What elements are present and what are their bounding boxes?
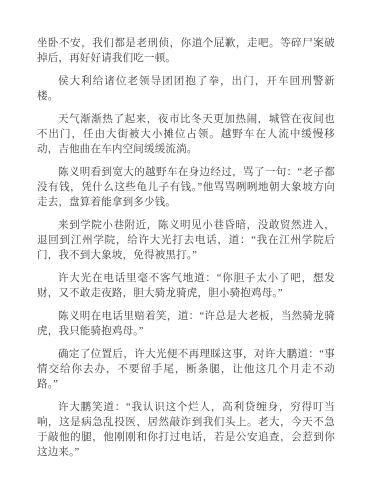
paragraph: 来到学院小巷附近，陈义明见小巷昏暗，没敢贸然进入，退回到江州学院，给许大光打去电… [37, 218, 335, 263]
text-content: 坐卧不安，我们都是老刑侦，你道个屁歉，走吧。等碎尸案破掉后，再好好请我们吃一顿。… [37, 36, 335, 468]
paragraph: 确定了位置后，许大光便不再理睬这事，对许大鹏道：“事情交给你去办，不要留手尾，断… [37, 347, 335, 392]
ebook-reader-page[interactable]: 坐卧不安，我们都是老刑侦，你道个屁歉，走吧。等碎尸案破掉后，再好好请我们吃一顿。… [0, 0, 370, 480]
paragraph: 侯大利给诸位老领导团团抱了拳，出门，开车回刑警新楼。 [37, 74, 335, 104]
paragraph: 天气渐渐热了起来，夜市比冬天更加热闹，城管在夜间也不出门，任由大街被大小摊位占领… [37, 112, 335, 157]
paragraph: 陈义明看到宽大的越野车在身边经过，骂了一句：“老子都没有钱，凭什么这些龟儿子有钱… [37, 165, 335, 210]
paragraph: 坐卧不安，我们都是老刑侦，你道个屁歉，走吧。等碎尸案破掉后，再好好请我们吃一顿。 [37, 36, 335, 66]
paragraph: 许大鹏笑道：“我认识这个烂人，高利贷缠身，穷得叮当响，这是病急乱投医，居然敲诈到… [37, 400, 335, 460]
paragraph: 陈义明在电话里赔着笑，道：“许总是大老板，当然骑龙骑虎，我只能骑抱鸡母。” [37, 309, 335, 339]
paragraph: 许大光在电话里毫不客气地道：“你胆子太小了吧，想发财，又不敢走夜路，胆大骑龙骑虎… [37, 271, 335, 301]
